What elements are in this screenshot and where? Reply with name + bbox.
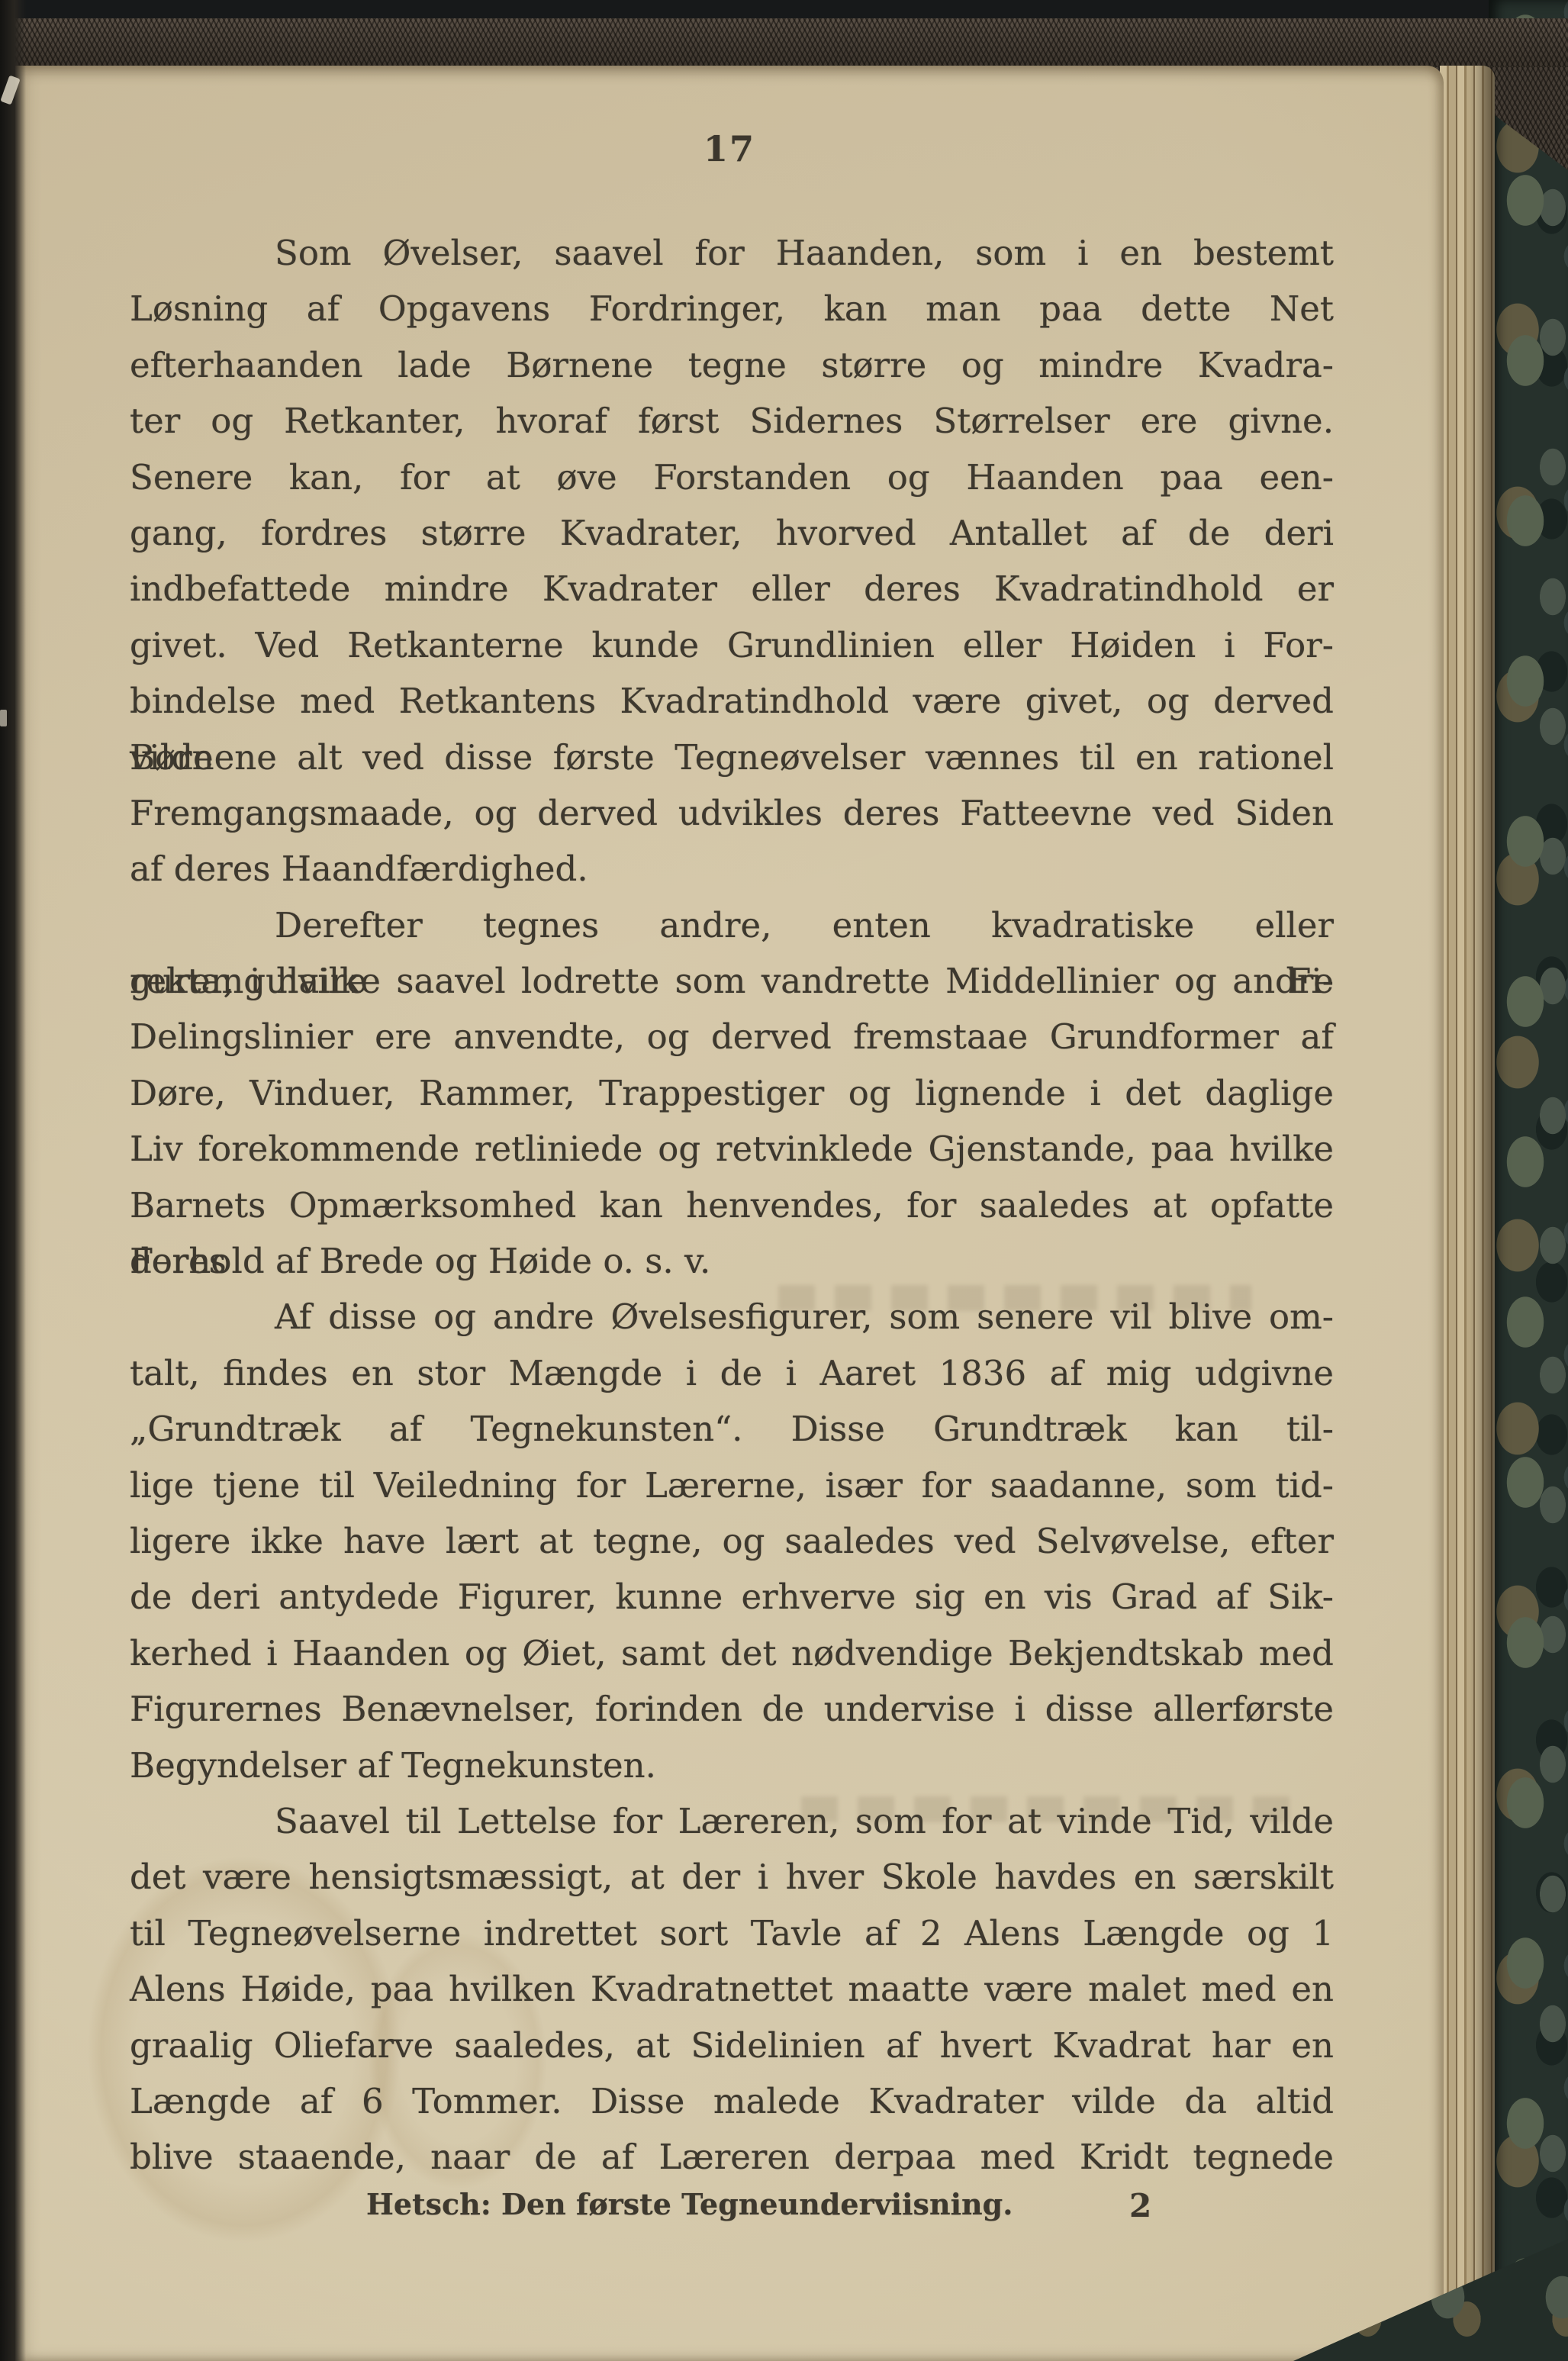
page-stack-fore-edge — [1440, 66, 1495, 2361]
text-line: kerhed i Haanden og Øiet, samt det nødve… — [130, 1625, 1334, 1681]
text-line: bindelse med Retkantens Kvadratindhold v… — [130, 673, 1334, 729]
page-number: 17 — [15, 128, 1444, 169]
gutter-paper-mark — [0, 710, 7, 726]
text-line: graalig Oliefarve saaledes, at Sidelinie… — [130, 2018, 1334, 2073]
page-footer: Hetsch: Den første Tegneunderviisning. 2 — [130, 2187, 1334, 2240]
text-line: Løsning af Opgavens Fordringer, kan man … — [130, 281, 1334, 337]
text-line: ligere ikke have lært at tegne, og saale… — [130, 1513, 1334, 1569]
text-line: Alens Høide, paa hvilken Kvadratnettet m… — [130, 1961, 1334, 2017]
text-line: blive staaende, naar de af Læreren derpa… — [130, 2129, 1334, 2185]
text-line: Liv forekommende retliniede og retvinkle… — [130, 1121, 1334, 1177]
text-line: Delingslinier ere anvendte, og derved fr… — [130, 1009, 1334, 1065]
text-line: af deres Haandfærdighed. — [130, 841, 1334, 897]
text-line: Figurernes Benævnelser, forinden de unde… — [130, 1681, 1334, 1737]
text-line: givet. Ved Retkanterne kunde Grundlinien… — [130, 617, 1334, 673]
text-line: Døre, Vinduer, Rammer, Trappestiger og l… — [130, 1065, 1334, 1121]
text-line: Saavel til Lettelse for Læreren, som for… — [130, 1793, 1334, 1849]
scanned-page: 17 Som Øvelser, saavel for Haanden, som … — [15, 66, 1444, 2361]
signature-number: 2 — [1129, 2187, 1151, 2224]
text-line: „Grundtræk af Tegnekunsten“. Disse Grund… — [130, 1401, 1334, 1457]
text-line: Som Øvelser, saavel for Haanden, som i e… — [130, 225, 1334, 281]
text-line: Forhold af Brede og Høide o. s. v. — [130, 1233, 1334, 1289]
text-line: lige tjene til Veiledning for Lærerne, i… — [130, 1458, 1334, 1513]
text-line: Derefter tegnes andre, enten kvadratiske… — [130, 897, 1334, 953]
text-line: Længde af 6 Tommer. Disse malede Kvadrat… — [130, 2073, 1334, 2129]
text-line: Børnene alt ved disse første Tegneøvelse… — [130, 730, 1334, 785]
text-line: efterhaanden lade Børnene tegne større o… — [130, 337, 1334, 393]
text-line: talt, findes en stor Mængde i de i Aaret… — [130, 1345, 1334, 1401]
gutter-shadow — [0, 0, 26, 2361]
text-line: gurer, i hvilke saavel lodrette som vand… — [130, 953, 1334, 1009]
text-line: til Tegneøvelserne indrettet sort Tavle … — [130, 1905, 1334, 1961]
gutter-paper-mark — [0, 76, 20, 105]
text-line: de deri antydede Figurer, kunne erhverve… — [130, 1569, 1334, 1625]
text-line: Barnets Opmærksomhed kan henvendes, for … — [130, 1177, 1334, 1233]
text-line: ter og Retkanter, hvoraf først Sidernes … — [130, 393, 1334, 449]
binding-top-edge — [0, 18, 1568, 69]
book-photo: 17 Som Øvelser, saavel for Haanden, som … — [0, 0, 1568, 2361]
text-line: Begyndelser af Tegnekunsten. — [130, 1738, 1334, 1793]
text-line: indbefattede mindre Kvadrater eller dere… — [130, 561, 1334, 617]
text-line: Senere kan, for at øve Forstanden og Haa… — [130, 449, 1334, 505]
running-title: Hetsch: Den første Tegneunderviisning. — [366, 2187, 1013, 2221]
body-text: Som Øvelser, saavel for Haanden, som i e… — [130, 225, 1334, 2185]
text-line: Fremgangsmaade, og derved udvikles deres… — [130, 785, 1334, 841]
book-cover-marble-edge — [1489, 0, 1568, 2361]
text-line: det være hensigtsmæssigt, at der i hver … — [130, 1849, 1334, 1905]
text-line: Af disse og andre Øvelsesfigurer, som se… — [130, 1289, 1334, 1345]
text-line: gang, fordres større Kvadrater, hvorved … — [130, 505, 1334, 561]
